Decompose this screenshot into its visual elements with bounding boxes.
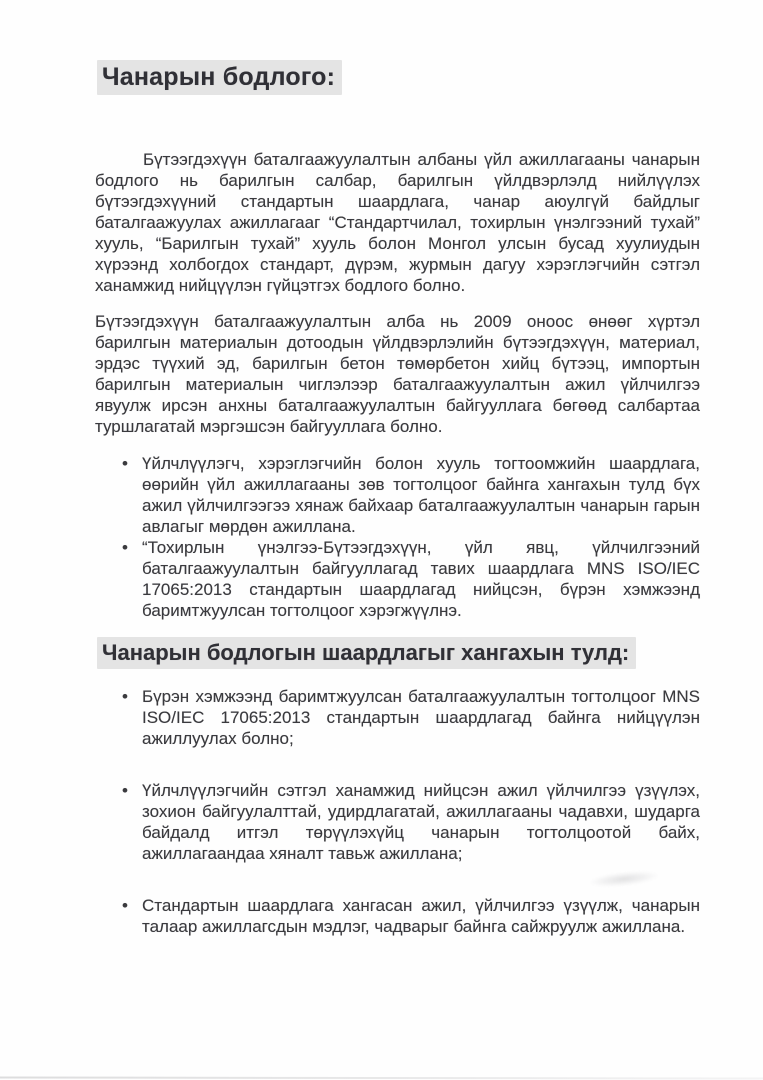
bullet-list-commitments: Үйлчлүүлэгч, хэрэглэгчийн болон хууль то… [95,453,700,621]
bullet-list-requirements: Бүрэн хэмжээнд баримтжуулсан баталгаажуу… [95,686,700,937]
list-item-requirement-documented-system: Бүрэн хэмжээнд баримтжуулсан баталгаажуу… [142,686,700,749]
list-item-commitment-manual: Үйлчлүүлэгч, хэрэглэгчийн болон хууль то… [142,453,700,537]
document-page: Чанарын бодлого: Бүтээгдэхүүн баталгаажу… [0,0,763,1080]
paragraph-agency-history: Бүтээгдэхүүн баталгаажуулалтын алба нь 2… [95,311,700,437]
list-item-requirement-customer-satisfaction: Үйлчлүүлэгчийн сэтгэл ханамжид нийцсэн а… [142,780,700,864]
page-title-highlight: Чанарын бодлого: [97,60,342,95]
page-title: Чанарын бодлого: [97,60,700,94]
list-item-requirement-staff-knowledge: Стандартын шаардлага хангасан ажил, үйлч… [142,895,700,937]
scan-edge-artifact [0,1076,763,1079]
paragraph-quality-policy-intro: Бүтээгдэхүүн баталгаажуулалтын албаны үй… [95,149,700,296]
section-title-highlight: Чанарын бодлогын шаардлагыг хангахын тул… [97,637,636,669]
list-item-commitment-standard: “Тохирлын үнэлгээ-Бүтээгдэхүүн, үйл явц,… [142,537,700,621]
heading-policy-requirements: Чанарын бодлогын шаардлагыг хангахын тул… [97,638,700,668]
